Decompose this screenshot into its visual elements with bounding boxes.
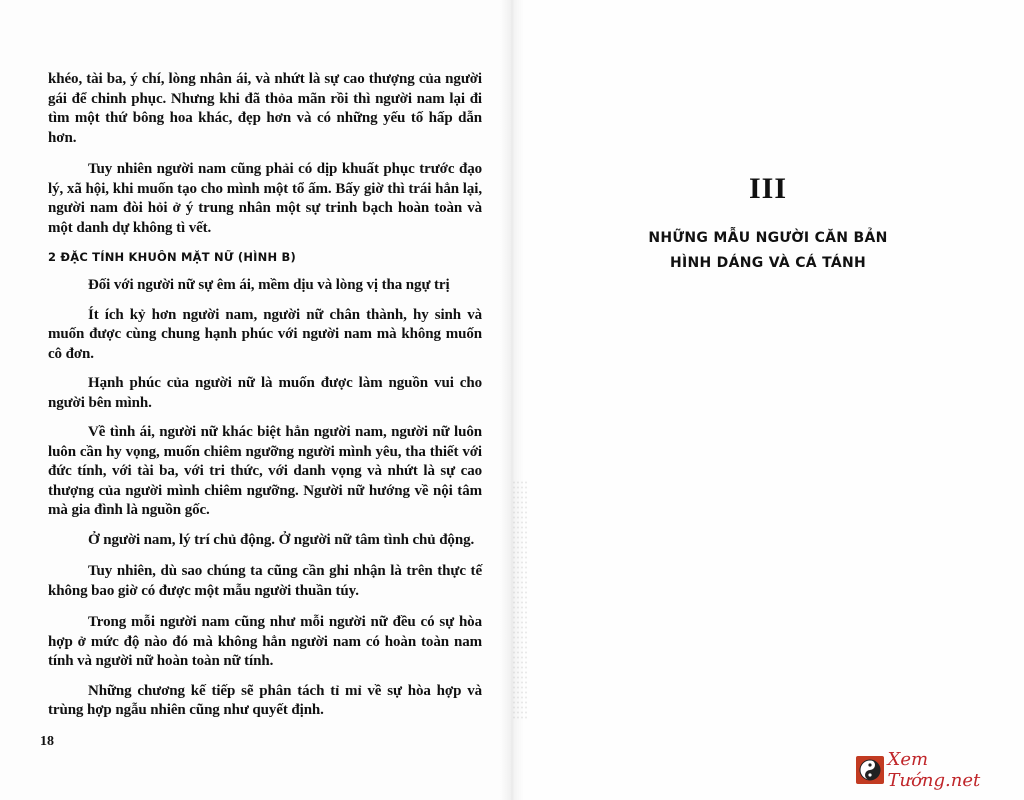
paragraph: Hạnh phúc của người nữ là muốn được làm … — [48, 374, 482, 413]
paragraph: Những chương kế tiếp sẽ phân tách tỉ mỉ … — [48, 682, 482, 721]
chapter-title-line-1: NHỮNG MẪU NGƯỜI CĂN BẢN — [512, 226, 1024, 251]
yin-yang-icon — [856, 756, 884, 784]
chapter-number: III — [512, 172, 1024, 206]
paragraph: Tuy nhiên người nam cũng phải có dịp khu… — [48, 160, 482, 238]
paragraph: Về tình ái, người nữ khác biệt hẳn người… — [48, 423, 482, 521]
watermark-text: Xem Tướng.net — [888, 749, 1024, 791]
chapter-title: NHỮNG MẪU NGƯỜI CĂN BẢN HÌNH DÁNG VÀ CÁ … — [512, 226, 1024, 276]
right-page: Như đã nói ở phần trước, từ nghìn xưa kh… — [512, 0, 1024, 800]
paragraph: Trong mỗi người nam cũng như mỗi người n… — [48, 613, 482, 672]
page-number-left: 18 — [40, 734, 54, 750]
chapter-title-line-2: HÌNH DÁNG VÀ CÁ TÁNH — [512, 251, 1024, 276]
book-spread: khéo, tài ba, ý chí, lòng nhân ái, và nh… — [0, 0, 1024, 800]
watermark-logo: Xem Tướng.net — [856, 749, 1024, 791]
paragraph: Tuy nhiên, dù sao chúng ta cũng cần ghi … — [48, 562, 482, 601]
paragraph: Ở người nam, lý trí chủ động. Ở người nữ… — [48, 531, 482, 551]
paragraph: Ít ích kỷ hơn người nam, người nữ chân t… — [48, 306, 482, 365]
left-page-text: khéo, tài ba, ý chí, lòng nhân ái, và nh… — [48, 70, 482, 721]
left-page: khéo, tài ba, ý chí, lòng nhân ái, và nh… — [0, 0, 512, 800]
section-subheading: 2 ĐẶC TÍNH KHUÔN MẶT NỮ (HÌNH B) — [48, 250, 482, 264]
paragraph: Đối với người nữ sự êm ái, mềm dịu và lò… — [48, 276, 482, 296]
paragraph: khéo, tài ba, ý chí, lòng nhân ái, và nh… — [48, 70, 482, 148]
